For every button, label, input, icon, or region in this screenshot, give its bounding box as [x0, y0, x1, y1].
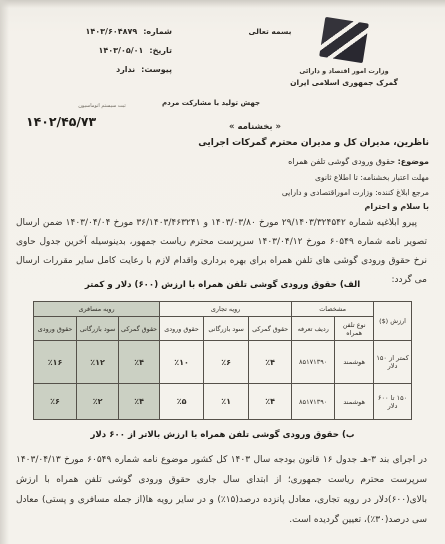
passenger-trade-profit-cell: ٪۱۲ — [77, 341, 119, 384]
col-value-header: ارزش ($) — [374, 302, 412, 341]
table-row: کمتر از ۱۵۰ دلار هوشمند ۸۵۱۷۱۳۹۰ ٪۴ ٪۶ ٪… — [34, 341, 412, 384]
circular-ref-number: ۱۴۰۲/۴۵/۷۳ — [26, 114, 96, 129]
col-tariff-row-header: ردیف تعرفه — [292, 317, 335, 341]
col-commercial-customs-duty-header: حقوق گمرکی — [249, 317, 292, 341]
passenger-import-duty-cell: ٪۶ — [34, 384, 77, 420]
automation-system-note: ثبت سیستم اتوماسیون — [50, 103, 154, 109]
intro-paragraph: پیرو ابلاغیه شماره ۲۹/۱۴۰۳/۳۲۴۵۴۲ مورخ ۱… — [16, 214, 427, 290]
value-cell: کمتر از ۱۵۰ دلار — [374, 341, 412, 384]
phone-type-cell: هوشمند — [335, 341, 374, 384]
besmele-text: بسمه تعالی — [212, 27, 328, 36]
validity-line: مهلت اعتبار بخشنامه: تا اطلاع ثانوی — [16, 173, 429, 182]
attachment-label: پیوست: — [141, 65, 172, 74]
group-passenger-header: رویه مسافری — [34, 302, 160, 317]
subject-line: موضوع: حقوق ورودی گوشی تلفن همراه — [16, 157, 429, 166]
table-column-header-row: نوع تلفن همراه ردیف تعرفه حقوق گمرکی سود… — [34, 317, 412, 341]
tariff-row-cell: ۸۵۱۷۱۳۹۰ — [292, 384, 335, 420]
commercial-trade-profit-cell: ٪۱ — [204, 384, 249, 420]
commercial-customs-duty-cell: ٪۴ — [249, 384, 292, 420]
ministry-name: وزارت امور اقتصاد و دارائی — [269, 67, 419, 75]
letter-date-row: تاریخ: ۱۴۰۳/۰۵/۰۱ — [30, 46, 172, 55]
passenger-trade-profit-cell: ٪۲ — [77, 384, 119, 420]
scan-edge-top — [0, 0, 445, 8]
commercial-trade-profit-cell: ٪۶ — [204, 341, 249, 384]
date-label: تاریخ: — [149, 46, 172, 55]
section-b-heading: ب) حقوق ورودی گوشی تلفن همراه با ارزش با… — [0, 430, 445, 440]
section-a-heading: الف) حقوق ورودی گوشی تلفن همراه با ارزش … — [0, 280, 445, 290]
duty-rates-table: ارزش ($) مشخصات رویه تجاری رویه مسافری ن… — [33, 301, 412, 420]
col-passenger-trade-profit-header: سود بازرگانی — [77, 317, 119, 341]
value-cell: ۱۵۰ تا ۶۰۰ دلار — [374, 384, 412, 420]
letter-number-row: شماره: ۱۴۰۳/۶۰۴۸۷۹ — [30, 27, 172, 36]
passenger-customs-duty-cell: ٪۴ — [119, 341, 160, 384]
salutation-line: با سلام و احترام — [16, 202, 429, 211]
date-value: ۱۴۰۳/۰۵/۰۱ — [99, 46, 144, 55]
col-passenger-import-duty-header: حقوق ورودی — [34, 317, 77, 341]
passenger-customs-duty-cell: ٪۴ — [119, 384, 160, 420]
scan-edge-left — [0, 0, 9, 544]
letter-meta-block: شماره: ۱۴۰۳/۶۰۴۸۷۹ تاریخ: ۱۴۰۳/۰۵/۰۱ پیو… — [30, 27, 172, 84]
commercial-import-duty-cell: ٪۱۰ — [160, 341, 204, 384]
col-commercial-trade-profit-header: سود بازرگانی — [204, 317, 249, 341]
attachment-value: ندارد — [116, 65, 135, 74]
addressees-line: ناظرین، مدیران کل و مدیران محترم گمرکات … — [16, 138, 429, 148]
passenger-import-duty-cell: ٪۱۶ — [34, 341, 77, 384]
phone-type-cell: هوشمند — [335, 384, 374, 420]
subject-label: موضوع: — [398, 157, 429, 166]
commercial-import-duty-cell: ٪۵ — [160, 384, 204, 420]
year-slogan: جهش تولید با مشارکت مردم — [150, 99, 272, 107]
attachment-row: پیوست: ندارد — [30, 65, 172, 74]
scanned-circular-page: وزارت امور اقتصاد و دارائی گمرک جمهوری ا… — [0, 0, 445, 544]
issuing-authority-line: مرجع ابلاغ کننده: وزارت اموراقتصادی و دا… — [16, 188, 429, 197]
commercial-customs-duty-cell: ٪۴ — [249, 341, 292, 384]
number-label: شماره: — [143, 27, 172, 36]
subject-value: حقوق ورودی گوشی تلفن همراه — [288, 157, 395, 166]
number-value: ۱۴۰۳/۶۰۴۸۷۹ — [85, 27, 137, 36]
col-commercial-import-duty-header: حقوق ورودی — [160, 317, 204, 341]
customs-emblem-icon — [319, 17, 369, 63]
col-phone-type-header: نوع تلفن همراه — [335, 317, 374, 341]
table-group-header-row: ارزش ($) مشخصات رویه تجاری رویه مسافری — [34, 302, 412, 317]
circular-title: « بخشنامه » — [210, 122, 300, 132]
table-row: ۱۵۰ تا ۶۰۰ دلار هوشمند ۸۵۱۷۱۳۹۰ ٪۴ ٪۱ ٪۵… — [34, 384, 412, 420]
customs-organization-name: گمرک جمهوری اسلامی ایران — [269, 78, 419, 87]
group-commercial-header: رویه تجاری — [160, 302, 292, 317]
section-b-paragraph: در اجرای بند ۳-هـ جدول ۱۶ قانون بودجه سا… — [16, 450, 427, 530]
tariff-row-cell: ۸۵۱۷۱۳۹۰ — [292, 341, 335, 384]
group-specs-header: مشخصات — [292, 302, 374, 317]
col-passenger-customs-duty-header: حقوق گمرکی — [119, 317, 160, 341]
